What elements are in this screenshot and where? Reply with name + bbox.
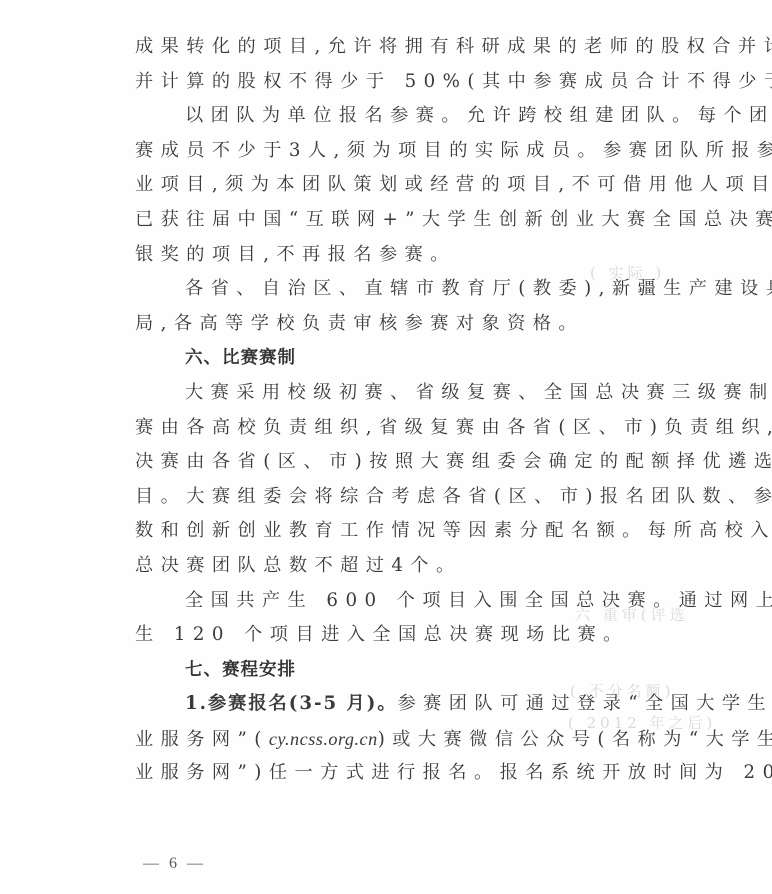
paragraph-line: 成果转化的项目,允许将拥有科研成果的老师的股权合并计算,合 [135, 30, 680, 65]
paragraph-line: 各省、自治区、直辖市教育厅(教委),新疆生产建设兵团教育 [135, 272, 680, 307]
document-body: 成果转化的项目,允许将拥有科研成果的老师的股权合并计算,合 并计算的股权不得少于… [135, 30, 680, 791]
paragraph-line: 全国共产生 600 个项目入围全国总决赛。通过网上评审,产 [135, 584, 680, 619]
paragraph-line: 总决赛团队总数不超过4个。 [135, 549, 680, 584]
item-lead-registration: 1.参赛报名(3-5 月)。 [185, 693, 398, 714]
paragraph-line: 生 120 个项目进入全国总决赛现场比赛。 [135, 618, 680, 653]
paragraph-line: 业项目,须为本团队策划或经营的项目,不可借用他人项目参赛。 [135, 168, 680, 203]
paragraph-line: 局,各高等学校负责审核参赛对象资格。 [135, 307, 680, 342]
website-url: cy.ncss.org.cn [269, 729, 378, 749]
paragraph-text: )或大赛微信公众号(名称为“大学生创 [378, 729, 772, 750]
paragraph-line: 目。大赛组委会将综合考虑各省(区、市)报名团队数、参赛高校 [135, 480, 680, 515]
paragraph-line: 业服务网”)任一方式进行报名。报名系统开放时间为 2017 年 3 [135, 756, 680, 791]
paragraph-line: 业服务网”(cy.ncss.org.cn)或大赛微信公众号(名称为“大学生创 [135, 722, 680, 757]
paragraph-line: 赛成员不少于3人,须为项目的实际成员。参赛团队所报参赛创 [135, 134, 680, 169]
paragraph-line: 赛由各高校负责组织,省级复赛由各省(区、市)负责组织,全国总 [135, 411, 680, 446]
document-page: ( 实际 ) 六 重审(评选 ( 不分名额) ( 2012 年之后) 成果转化的… [0, 0, 772, 894]
paragraph-text: 业服务网”( [135, 729, 269, 750]
paragraph-line: 决赛由各省(区、市)按照大赛组委会确定的配额择优遴选推荐项 [135, 445, 680, 480]
section-heading-competition-format: 六、比赛赛制 [135, 341, 680, 376]
paragraph-line: 已获往届中国“互联网+”大学生创新创业大赛全国总决赛金奖和 [135, 203, 680, 238]
paragraph-line: 银奖的项目,不再报名参赛。 [135, 238, 680, 273]
paragraph-line: 并计算的股权不得少于 50%(其中参赛成员合计不得少于 15%)。 [135, 65, 680, 100]
paragraph-text: 参赛团队可通过登录“全国大学生创 [398, 693, 772, 714]
paragraph-line: 以团队为单位报名参赛。允许跨校组建团队。每个团队的参 [135, 99, 680, 134]
paragraph-line: 1.参赛报名(3-5 月)。参赛团队可通过登录“全国大学生创 [135, 687, 680, 722]
paragraph-line: 大赛采用校级初赛、省级复赛、全国总决赛三级赛制。校级初 [135, 376, 680, 411]
paragraph-line: 数和创新创业教育工作情况等因素分配名额。每所高校入选全国 [135, 514, 680, 549]
page-number: — 6 — [143, 855, 206, 873]
section-heading-schedule: 七、赛程安排 [135, 653, 680, 688]
